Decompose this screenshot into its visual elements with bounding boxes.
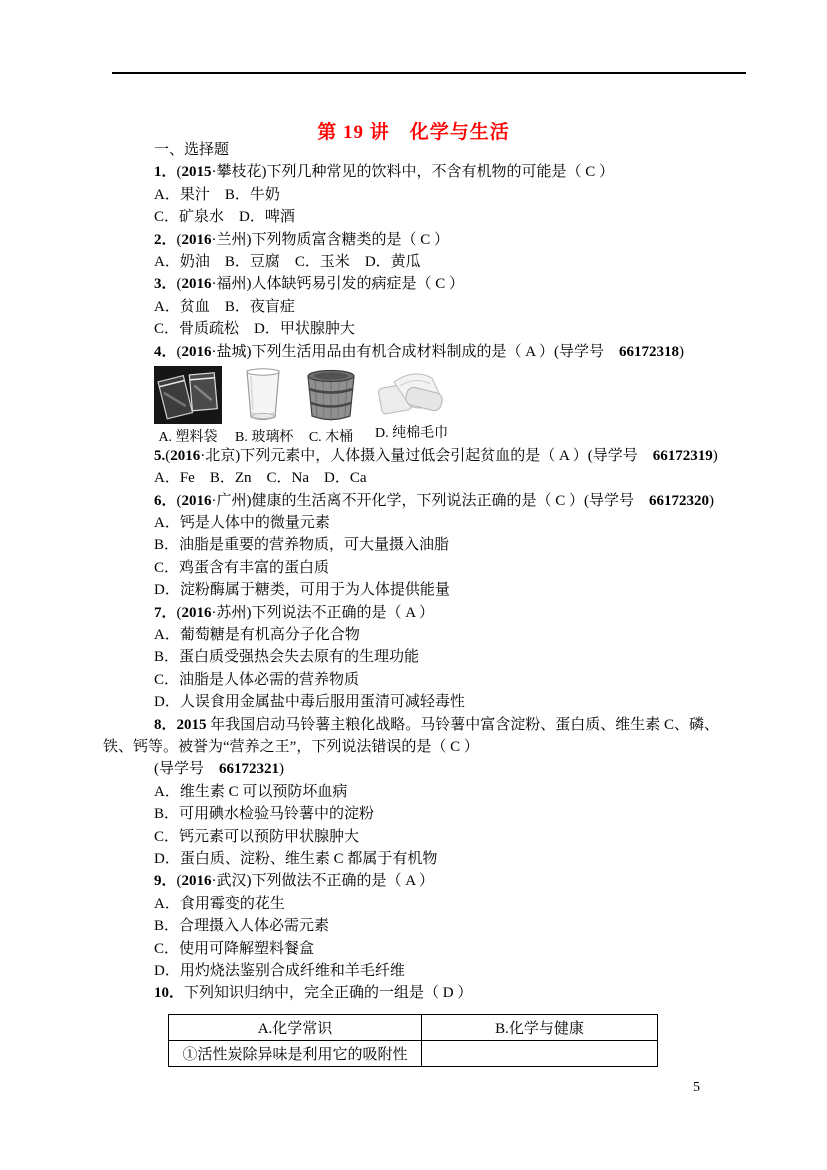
figure-caption-b: B. 玻璃杯 bbox=[235, 430, 291, 446]
table-header-chem-common: A.化学常识 bbox=[169, 1014, 422, 1040]
cotton-towel-image bbox=[375, 366, 447, 425]
text-line: D．蛋白质、淀粉、维生素 C 都属于有机物 bbox=[103, 848, 751, 870]
text-line: 4．(2016·盐城)下列生活用品由有机合成材料制成的是（ A ）(导学号 66… bbox=[103, 341, 751, 363]
table-header-row: A.化学常识 B.化学与健康 bbox=[169, 1014, 658, 1040]
text-line: A．维生素 C 可以预防坏血病 bbox=[103, 781, 751, 803]
text-line: 2．(2016·兰州)下列物质富含糖类的是（ C ） bbox=[103, 229, 751, 251]
text-line: A．葡萄糖是有机高分子化合物 bbox=[103, 624, 751, 646]
table-cell-empty bbox=[422, 1040, 658, 1066]
table-row: ①活性炭除异味是利用它的吸附性 bbox=[169, 1040, 658, 1066]
question-lines-top: 一、选择题1．(2015·攀枝花)下列几种常见的饮料中，不含有机物的可能是（ C… bbox=[103, 139, 751, 363]
text-line: 7．(2016·苏州)下列说法不正确的是（ A ） bbox=[103, 602, 751, 624]
text-line: B．合理摄入人体必需元素 bbox=[103, 915, 751, 937]
question4-images: A. 塑料袋 B. 玻璃杯 bbox=[103, 363, 751, 445]
text-line: A．食用霉变的花生 bbox=[103, 893, 751, 915]
text-line: A．Fe B．Zn C．Na D．Ca bbox=[103, 467, 751, 489]
figure-caption-d: D. 纯棉毛巾 bbox=[375, 426, 447, 442]
text-line: D．人误食用金属盐中毒后服用蛋清可减轻毒性 bbox=[103, 691, 751, 713]
text-line: 6．(2016·广州)健康的生活离不开化学，下列说法正确的是（ C ）(导学号 … bbox=[103, 490, 751, 512]
text-line: 10．下列知识归纳中，完全正确的一组是（ D ） bbox=[103, 982, 751, 1004]
plastic-bags-image bbox=[153, 366, 223, 429]
header-rule bbox=[112, 72, 746, 74]
text-line: D．淀粉酶属于糖类，可用于为人体提供能量 bbox=[103, 579, 751, 601]
table-cell-activated-carbon: ①活性炭除异味是利用它的吸附性 bbox=[169, 1040, 422, 1066]
text-line: C．钙元素可以预防甲状腺肿大 bbox=[103, 826, 751, 848]
text-line: B．油脂是重要的营养物质，可大量摄入油脂 bbox=[103, 534, 751, 556]
figure-wooden-bucket: C. 木桶 bbox=[301, 366, 361, 446]
text-line: 一、选择题 bbox=[103, 139, 751, 161]
text-line: D．用灼烧法鉴别合成纤维和羊毛纤维 bbox=[103, 960, 751, 982]
text-line: 1．(2015·攀枝花)下列几种常见的饮料中，不含有机物的可能是（ C ） bbox=[103, 161, 751, 183]
document-page: 第 19 讲 化学与生活 一、选择题1．(2015·攀枝花)下列几种常见的饮料中… bbox=[0, 0, 827, 1170]
text-line: B．蛋白质受强热会失去原有的生理功能 bbox=[103, 646, 751, 668]
text-line: A．钙是人体中的微量元素 bbox=[103, 512, 751, 534]
text-line: C．骨质疏松 D．甲状腺肿大 bbox=[103, 318, 751, 340]
text-line: C．鸡蛋含有丰富的蛋白质 bbox=[103, 557, 751, 579]
text-line: 9．(2016·武汉)下列做法不正确的是（ A ） bbox=[103, 870, 751, 892]
text-line: A．贫血 B．夜盲症 bbox=[103, 296, 751, 318]
text-line: A．奶油 B．豆腐 C．玉米 D．黄瓜 bbox=[103, 251, 751, 273]
figure-plastic-bags: A. 塑料袋 bbox=[153, 366, 223, 446]
text-line: 3．(2016·福州)人体缺钙易引发的病症是（ C ） bbox=[103, 273, 751, 295]
figure-glass-cup: B. 玻璃杯 bbox=[235, 366, 291, 446]
text-line: 5.(2016·北京)下列元素中，人体摄入量过低会引起贫血的是（ A ）(导学号… bbox=[103, 445, 751, 467]
text-line: (导学号 66172321) bbox=[103, 758, 751, 780]
knowledge-summary-table: A.化学常识 B.化学与健康 ①活性炭除异味是利用它的吸附性 bbox=[168, 1014, 658, 1067]
figure-caption-a: A. 塑料袋 bbox=[153, 430, 223, 446]
text-line: C．油脂是人体必需的营养物质 bbox=[103, 669, 751, 691]
table-header-chem-health: B.化学与健康 bbox=[422, 1014, 658, 1040]
wooden-bucket-image bbox=[301, 366, 361, 429]
text-line: A．果汁 B．牛奶 bbox=[103, 184, 751, 206]
text-line: C．使用可降解塑料餐盒 bbox=[103, 938, 751, 960]
page-number: 5 bbox=[693, 1080, 700, 1096]
text-line: B．可用碘水检验马铃薯中的淀粉 bbox=[103, 803, 751, 825]
glass-cup-image bbox=[235, 366, 291, 429]
document-body: 一、选择题1．(2015·攀枝花)下列几种常见的饮料中，不含有机物的可能是（ C… bbox=[103, 139, 751, 1067]
text-line: 8．2015 年我国启动马铃薯主粮化战略。马铃薯中富含淀粉、蛋白质、维生素 C、… bbox=[103, 714, 751, 736]
text-line: 铁、钙等。被誉为“营养之王”，下列说法错误的是（ C ） bbox=[103, 736, 751, 758]
figure-cotton-towel: D. 纯棉毛巾 bbox=[375, 366, 447, 442]
figure-caption-c: C. 木桶 bbox=[301, 430, 361, 446]
text-line: C．矿泉水 D．啤酒 bbox=[103, 206, 751, 228]
question-lines-bottom: 5.(2016·北京)下列元素中，人体摄入量过低会引起贫血的是（ A ）(导学号… bbox=[103, 445, 751, 1005]
